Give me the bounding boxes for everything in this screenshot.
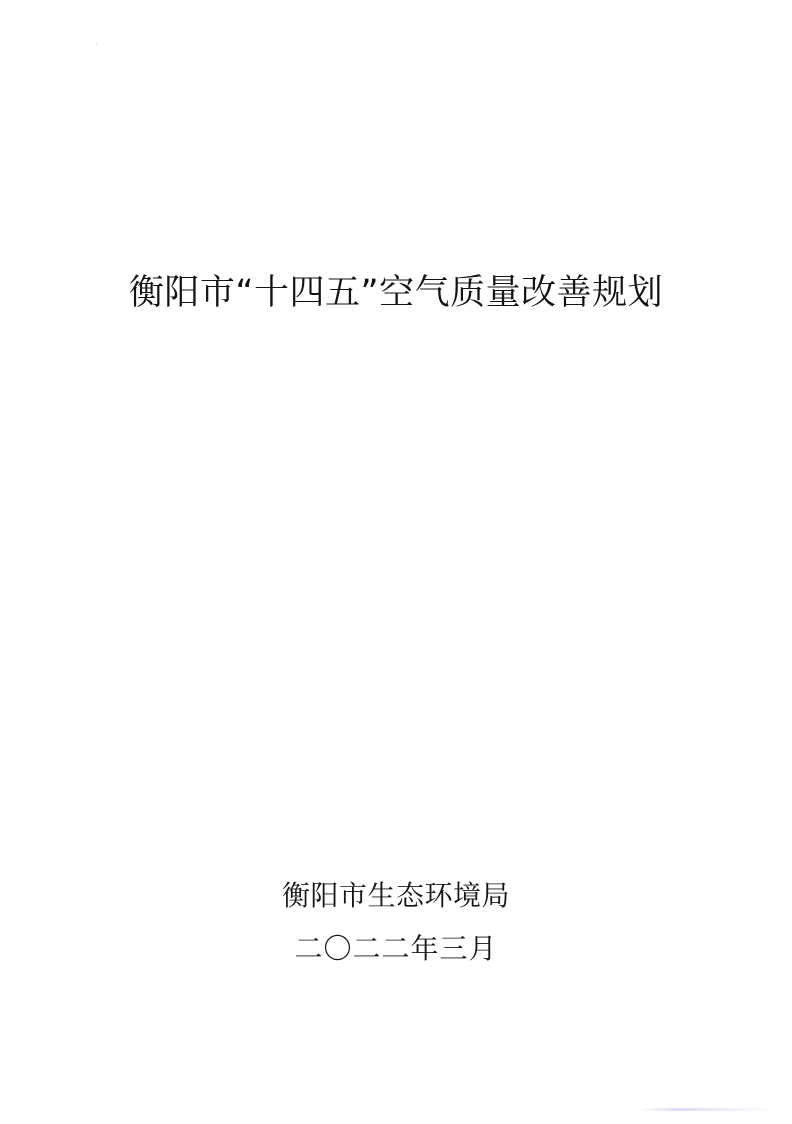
scan-artifact-dot: [96, 44, 98, 45]
issuer-block: 衡阳市生态环境局 二〇二二年三月: [0, 874, 792, 971]
document-cover-page: 衡阳市“十四五”空气质量改善规划 衡阳市生态环境局 二〇二二年三月: [0, 0, 792, 1124]
issuing-authority: 衡阳市生态环境局: [0, 874, 792, 918]
issue-date: 二〇二二年三月: [0, 927, 792, 971]
scan-artifact-streak: [640, 1108, 772, 1111]
document-title: 衡阳市“十四五”空气质量改善规划: [0, 268, 792, 318]
